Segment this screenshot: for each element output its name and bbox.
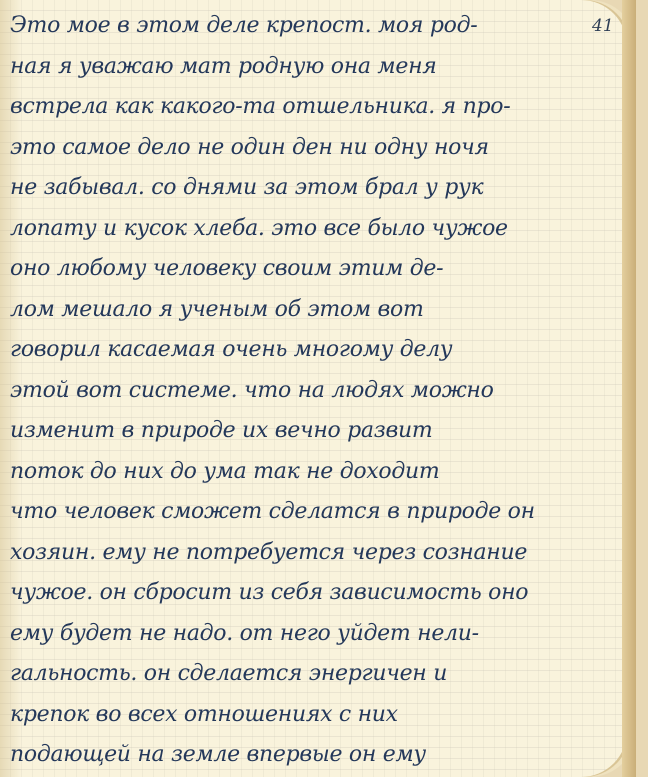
notebook-page: 41 Это мое в этом деле крепост. моя род-…: [0, 0, 636, 777]
text-line: ему будет не надо. от него уйдет нели-: [10, 614, 600, 655]
handwritten-text: Это мое в этом деле крепост. моя род-ная…: [10, 6, 600, 776]
text-line: чужое. он сбросит из себя зависимость он…: [10, 573, 600, 614]
page-edge: [622, 0, 636, 777]
text-line: оно любому человеку своим этим де-: [10, 249, 600, 290]
text-line: подающей на земле впервые он ему: [10, 735, 600, 776]
text-line: изменит в природе их вечно развит: [10, 411, 600, 452]
text-line: лом мешало я ученым об этом вот: [10, 290, 600, 331]
text-line: говорил касаемая очень многому делу: [10, 330, 600, 371]
text-line: не забывал. со днями за этом брал у рук: [10, 168, 600, 209]
text-line: поток до них до ума так не доходит: [10, 452, 600, 493]
text-line: встрела как какого-та отшельника. я про-: [10, 87, 600, 128]
text-line: Это мое в этом деле крепост. моя род-: [10, 6, 600, 47]
text-line: крепок во всех отношениях с них: [10, 695, 600, 736]
text-line: что человек сможет сделатся в природе он: [10, 492, 600, 533]
text-line: этой вот системе. что на людях можно: [10, 371, 600, 412]
text-line: гальность. он сделается энергичен и: [10, 654, 600, 695]
text-line: лопату и кусок хлеба. это все было чужое: [10, 209, 600, 250]
text-line: ная я уважаю мат родную она меня: [10, 47, 600, 88]
text-line: хозяин. ему не потребуется через сознани…: [10, 533, 600, 574]
text-line: это самое дело не один ден ни одну ночя: [10, 128, 600, 169]
